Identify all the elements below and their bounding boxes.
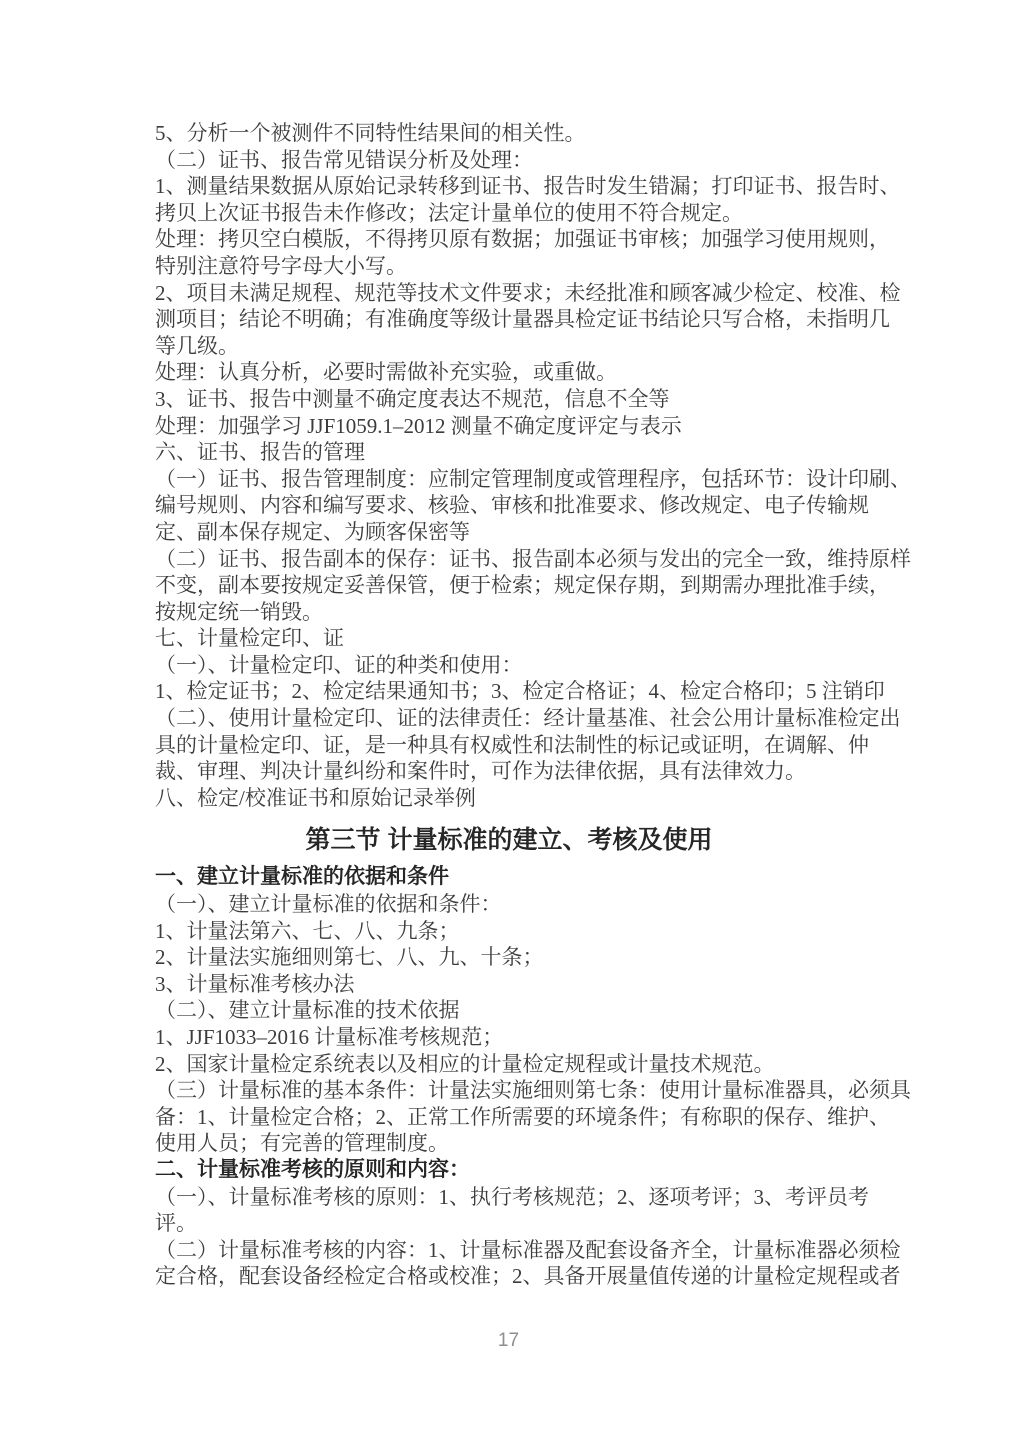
text-line: 不变，副本要按规定妥善保管，便于检索；规定保存期，到期需办理批准手续， [155, 572, 889, 599]
text-line: （三）计量标准的基本条件：计量法实施细则第七条：使用计量标准器具，必须具 [155, 1077, 889, 1104]
text-line: 编号规则、内容和编写要求、核验、审核和批准要求、修改规定、电子传输规 [155, 492, 889, 519]
text-line: （一）证书、报告管理制度：应制定管理制度或管理程序，包括环节：设计印刷、 [155, 466, 889, 493]
text-line: 拷贝上次证书报告未作修改；法定计量单位的使用不符合规定。 [155, 200, 889, 227]
text-line: 1、JJF1033–2016 计量标准考核规范； [155, 1024, 889, 1051]
text-line: 2、计量法实施细则第七、八、九、十条； [155, 944, 889, 971]
text-line: 特别注意符号字母大小写。 [155, 253, 889, 280]
text-line: 一、建立计量标准的依据和条件 [155, 864, 889, 891]
text-line: 使用人员；有完善的管理制度。 [155, 1130, 889, 1157]
text-line: 八、检定/校准证书和原始记录举例 [155, 785, 889, 812]
text-line: 2、国家计量检定系统表以及相应的计量检定规程或计量技术规范。 [155, 1051, 889, 1078]
text-line: （二）计量标准考核的内容：1、计量标准器及配套设备齐全，计量标准器必须检 [155, 1237, 889, 1264]
section-heading: 第三节 计量标准的建立、考核及使用 [142, 823, 876, 857]
text-line: 备：1、计量检定合格；2、正常工作所需要的环境条件；有称职的保存、维护、 [155, 1104, 889, 1131]
text-line: 六、证书、报告的管理 [155, 439, 889, 466]
text-line: （二）证书、报告副本的保存：证书、报告副本必须与发出的完全一致，维持原样 [155, 546, 889, 573]
text-line: （二）、建立计量标准的技术依据 [155, 997, 889, 1024]
text-line: 处理：认真分析，必要时需做补充实验，或重做。 [155, 359, 889, 386]
text-line: 1、检定证书；2、检定结果通知书；3、检定合格证；4、检定合格印；5 注销印 [155, 678, 889, 705]
text-line: 2、项目未满足规程、规范等技术文件要求；未经批准和顾客减少检定、校准、检 [155, 280, 889, 307]
text-line: 二、计量标准考核的原则和内容： [155, 1157, 889, 1184]
text-line: （一）、建立计量标准的依据和条件： [155, 891, 889, 918]
text-line: 裁、审理、判决计量纠纷和案件时，可作为法律依据，具有法律效力。 [155, 758, 889, 785]
text-line: 处理：拷贝空白模版，不得拷贝原有数据；加强证书审核；加强学习使用规则， [155, 226, 889, 253]
text-line: （二）证书、报告常见错误分析及处理： [155, 147, 889, 174]
text-line: 1、计量法第六、七、八、九条； [155, 918, 889, 945]
document-body: 5、分析一个被测件不同特性结果间的相关性。（二）证书、报告常见错误分析及处理：1… [155, 120, 889, 1290]
text-line: （一）、计量检定印、证的种类和使用： [155, 652, 889, 679]
page-number: 17 [0, 1330, 1017, 1352]
text-line: 定合格，配套设备经检定合格或校准；2、具备开展量值传递的计量检定规程或者 [155, 1263, 889, 1290]
text-line: （一）、计量标准考核的原则：1、执行考核规范；2、逐项考评；3、考评员考 [155, 1184, 889, 1211]
text-line: 等几级。 [155, 333, 889, 360]
text-line: 具的计量检定印、证，是一种具有权威性和法制性的标记或证明，在调解、仲 [155, 732, 889, 759]
text-line: 3、计量标准考核办法 [155, 971, 889, 998]
text-line: 3、证书、报告中测量不确定度表达不规范，信息不全等 [155, 386, 889, 413]
text-line: 按规定统一销毁。 [155, 599, 889, 626]
text-line: （二）、使用计量检定印、证的法律责任：经计量基准、社会公用计量标准检定出 [155, 705, 889, 732]
text-line: 1、测量结果数据从原始记录转移到证书、报告时发生错漏；打印证书、报告时、 [155, 173, 889, 200]
text-line: 评。 [155, 1210, 889, 1237]
text-line: 七、计量检定印、证 [155, 625, 889, 652]
document-page: 5、分析一个被测件不同特性结果间的相关性。（二）证书、报告常见错误分析及处理：1… [0, 0, 1017, 1438]
text-line: 5、分析一个被测件不同特性结果间的相关性。 [155, 120, 889, 147]
text-line: 测项目；结论不明确；有准确度等级计量器具检定证书结论只写合格，未指明几 [155, 306, 889, 333]
text-line: 定、副本保存规定、为顾客保密等 [155, 519, 889, 546]
text-line: 处理：加强学习 JJF1059.1–2012 测量不确定度评定与表示 [155, 413, 889, 440]
